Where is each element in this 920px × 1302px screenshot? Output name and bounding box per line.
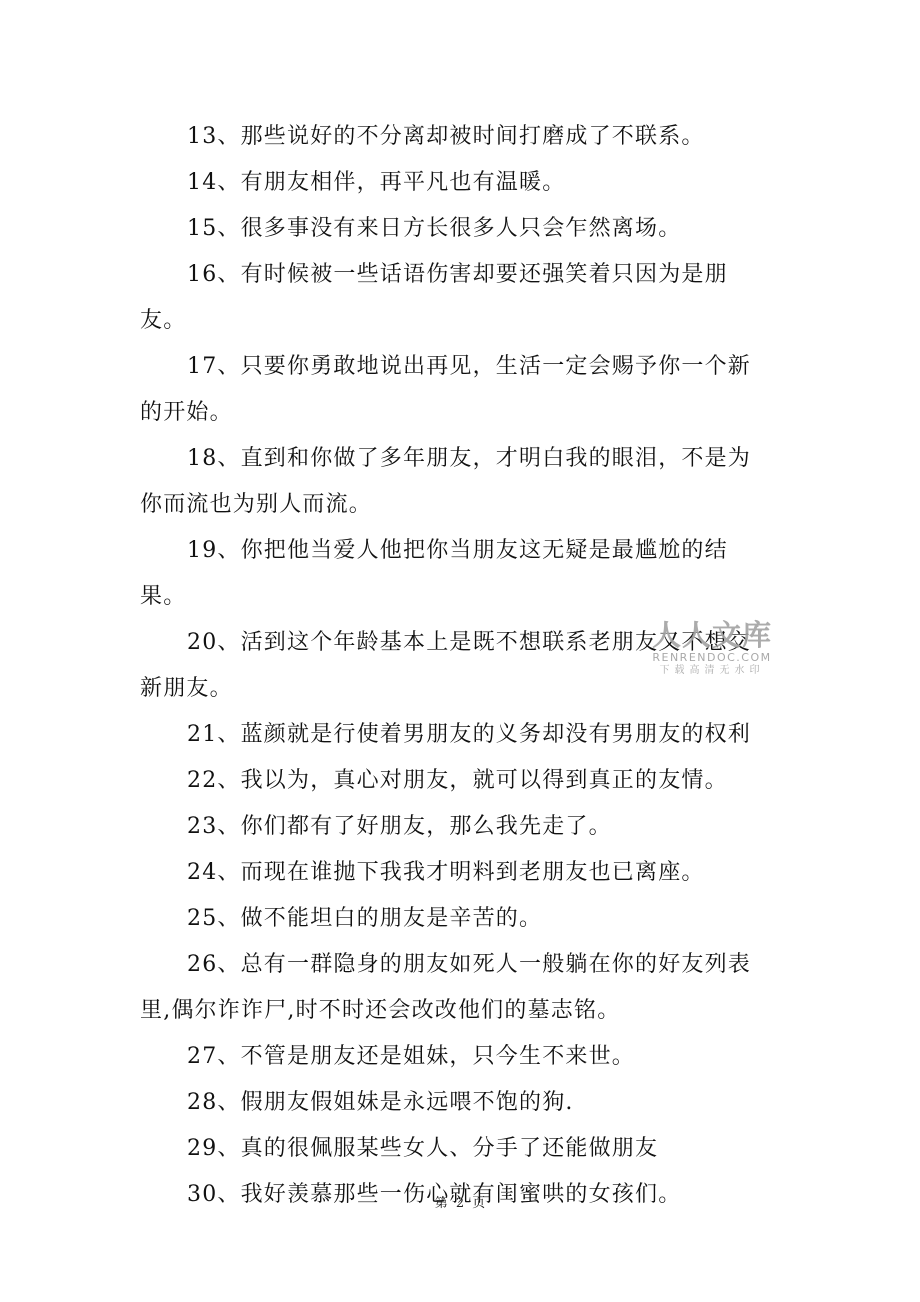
paragraph-29: 29、真的很佩服某些女人、分手了还能做朋友 [140, 1126, 766, 1172]
document-body: 13、那些说好的不分离却被时间打磨成了不联系。 14、有朋友相伴，再平凡也有温暖… [140, 114, 766, 1218]
paragraph-14: 14、有朋友相伴，再平凡也有温暖。 [140, 160, 766, 206]
page-number: 第 2 页 [0, 1192, 920, 1211]
paragraph-21: 21、蓝颜就是行使着男朋友的义务却没有男朋友的权利 [140, 712, 766, 758]
paragraph-26: 26、总有一群隐身的朋友如死人一般躺在你的好友列表里,偶尔诈诈尸,时不时还会改改… [140, 942, 766, 1034]
paragraph-27: 27、不管是朋友还是姐妹，只今生不来世。 [140, 1034, 766, 1080]
paragraph-18: 18、直到和你做了多年朋友，才明白我的眼泪，不是为你而流也为别人而流。 [140, 436, 766, 528]
paragraph-23: 23、你们都有了好朋友，那么我先走了。 [140, 804, 766, 850]
paragraph-16: 16、有时候被一些话语伤害却要还强笑着只因为是朋友。 [140, 252, 766, 344]
paragraph-15: 15、很多事没有来日方长很多人只会乍然离场。 [140, 206, 766, 252]
paragraph-24: 24、而现在谁抛下我我才明料到老朋友也已离座。 [140, 850, 766, 896]
paragraph-22: 22、我以为，真心对朋友，就可以得到真正的友情。 [140, 758, 766, 804]
paragraph-19: 19、你把他当爱人他把你当朋友这无疑是最尴尬的结果。 [140, 528, 766, 620]
paragraph-28: 28、假朋友假姐妹是永远喂不饱的狗. [140, 1080, 766, 1126]
paragraph-13: 13、那些说好的不分离却被时间打磨成了不联系。 [140, 114, 766, 160]
paragraph-20: 20、活到这个年龄基本上是既不想联系老朋友又不想交新朋友。 [140, 620, 766, 712]
paragraph-17: 17、只要你勇敢地说出再见，生活一定会赐予你一个新的开始。 [140, 344, 766, 436]
paragraph-25: 25、做不能坦白的朋友是辛苦的。 [140, 896, 766, 942]
document-page: 13、那些说好的不分离却被时间打磨成了不联系。 14、有朋友相伴，再平凡也有温暖… [0, 0, 920, 1302]
